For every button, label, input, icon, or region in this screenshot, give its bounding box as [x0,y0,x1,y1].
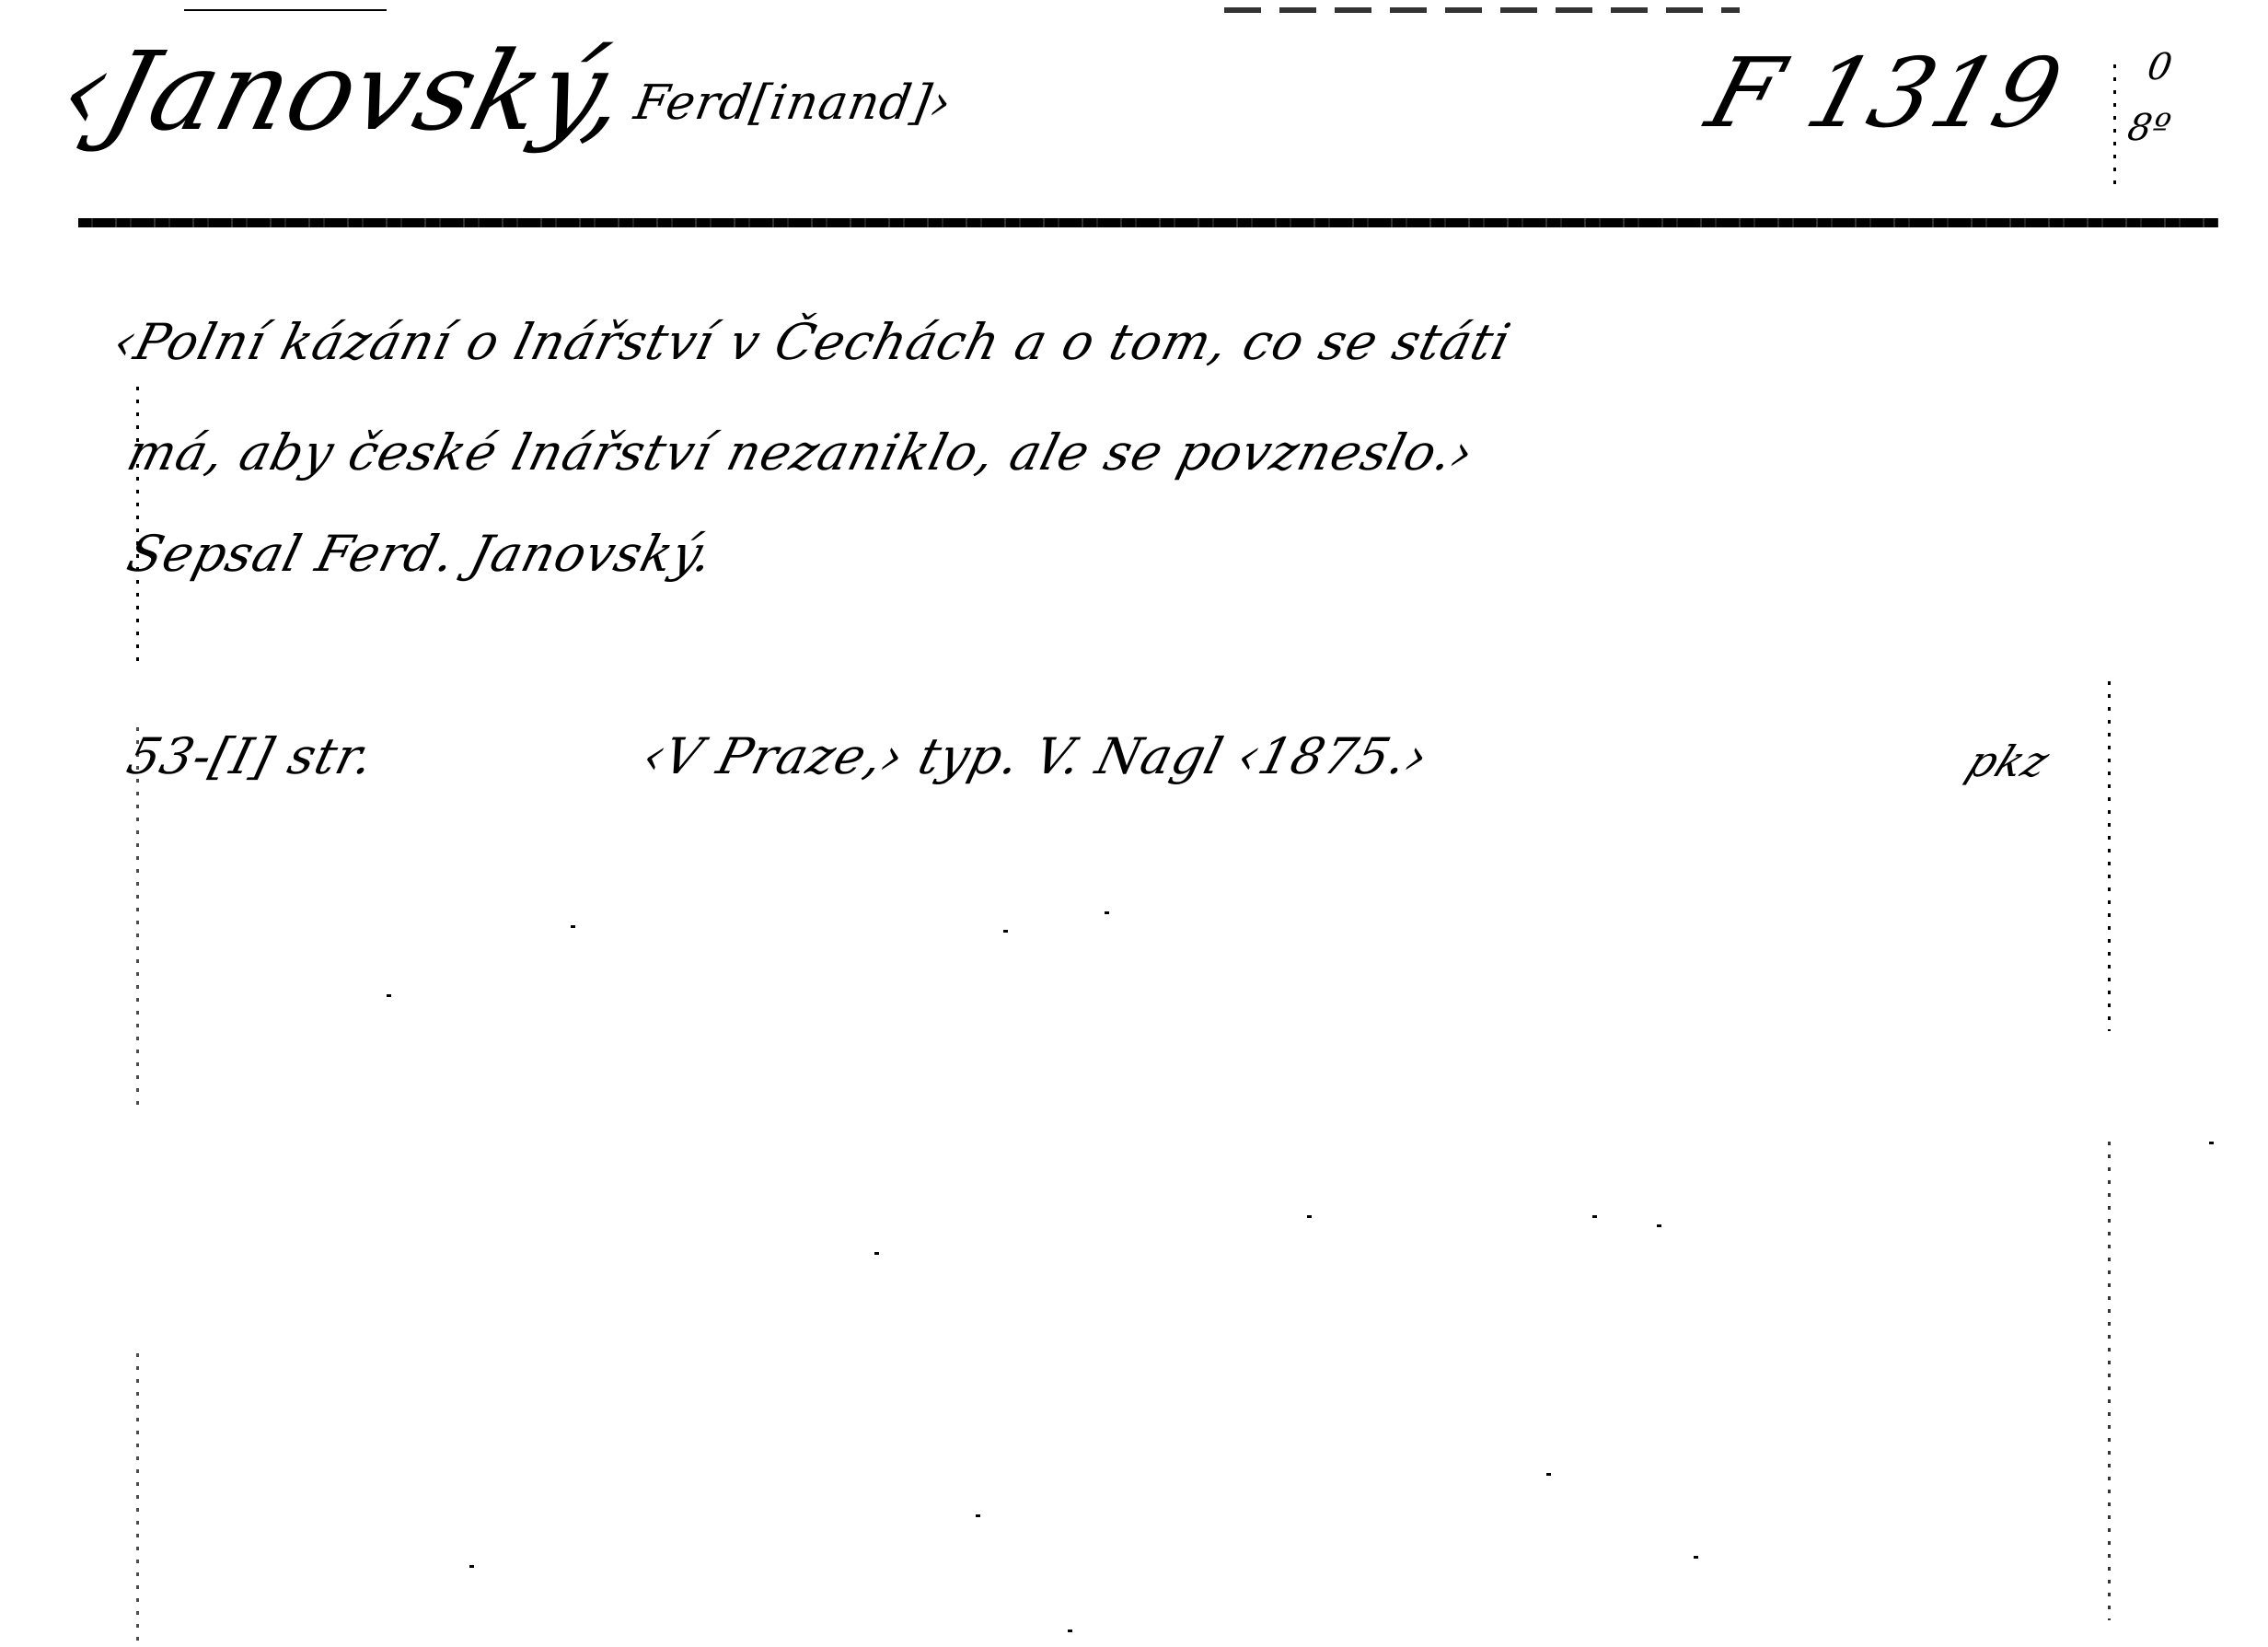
dotted-margin-line [2108,1142,2111,1620]
scan-speck [571,925,575,928]
author-forename: Ferd[inand]› [631,75,956,131]
shelfmark: F 1319 [1696,37,2075,149]
scan-speck [976,1514,980,1517]
scan-speck [1546,1473,1551,1476]
scan-artifact-line [1224,7,1740,13]
pagination: 53-[I] str. [121,727,380,785]
dotted-margin-line [2113,64,2116,193]
cataloguer-initials: pkz [1960,737,2057,786]
scan-speck [1068,1630,1072,1632]
catalogue-card: ‹Janovský, Ferd[inand]› F 1319 0 8º ‹Pol… [0,0,2268,1647]
scan-artifact-line [184,9,387,11]
scan-speck [1105,911,1109,914]
scan-speck [1592,1215,1597,1218]
dotted-margin-line [2108,681,2111,1031]
scan-speck [1694,1556,1698,1559]
scan-speck [1003,930,1008,933]
dotted-margin-line [136,387,139,663]
dotted-margin-line [136,727,139,1114]
scan-speck [387,994,391,997]
format-note: 0 8º [2123,37,2187,158]
format-note-top: 0 [2134,37,2187,98]
scan-speck [469,1565,474,1568]
title-line-2: má, aby české lnářství nezaniklo, ale se… [121,423,1480,481]
scan-speck [1307,1215,1312,1218]
title-line-1: ‹Polní kázání o lnářství v Čechách a o t… [108,313,1517,371]
author-surname: ‹Janovský, [49,28,642,155]
statement-of-responsibility: Sepsal Ferd. Janovský. [121,525,719,583]
scan-speck [2209,1142,2214,1144]
heading-rule [78,218,2218,227]
format-note-bottom: 8º [2123,98,2176,158]
publication-info: ‹V Praze,› typ. V. Nagl ‹1875.› [637,727,1434,785]
scan-speck [1657,1224,1661,1227]
dotted-margin-line [136,1353,139,1647]
scan-speck [874,1252,879,1255]
